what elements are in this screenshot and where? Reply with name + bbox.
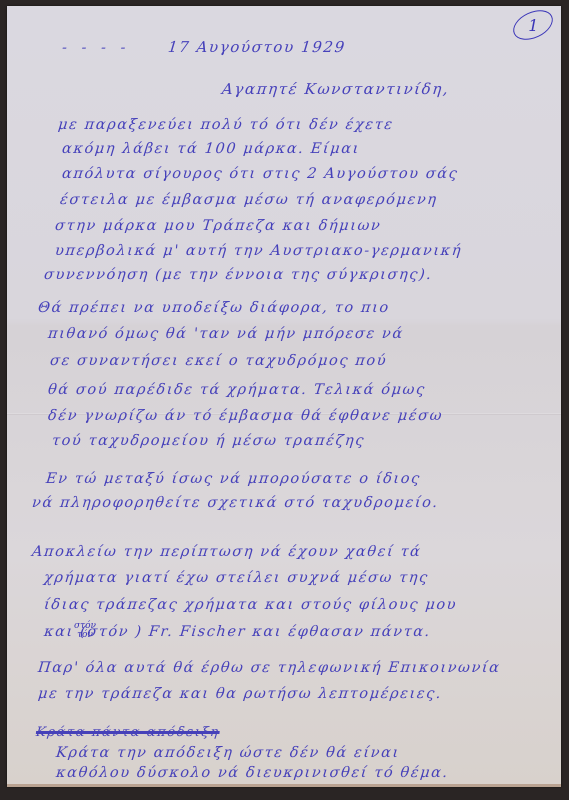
text-line: συνεννόηση (με την έννοια της σύγκρισης)… (43, 267, 433, 283)
text-line: απόλυτα σίγουρος ότι στις 2 Αυγούστου σά… (61, 166, 459, 182)
text-line: ακόμη λάβει τά 100 μάρκα. Είμαι (61, 141, 361, 157)
text-line: Αποκλείω την περίπτωση νά έχουν χαθεί τά (31, 544, 422, 560)
text-line: ίδιας τράπεζας χρήματα και στούς φίλους … (43, 597, 458, 613)
text-line: πιθανό όμως θά 'ταν νά μήν μπόρεσε νά (47, 326, 404, 342)
paper-edge (7, 784, 561, 787)
salutation: Αγαπητέ Κωνσταντινίδη, (221, 80, 450, 98)
text-line: Κράτα την απόδειξη ώστε δέν θά είναι (55, 745, 400, 761)
text-line: με παραξενεύει πολύ τό ότι δέν έχετε (57, 117, 394, 133)
text-line: στην μάρκα μου Τράπεζα και δήμιων (54, 218, 382, 234)
text-line: τού ταχυδρομείου ή μέσω τραπέζης (51, 433, 366, 449)
text-line: με την τράπεζα και θα ρωτήσω λεπτομέρειε… (37, 686, 443, 702)
crossed-out-text: Κράτα πάντα απόδειξη (35, 725, 220, 740)
header-dashes: - - - - (61, 40, 131, 56)
page-number: 1 (528, 16, 538, 35)
marginal-note-bottom: τόν (74, 631, 96, 640)
text-line: θά σού παρέδιδε τά χρήματα. Τελικά όμως (47, 382, 426, 398)
text-line: Εν τώ μεταξύ ίσως νά μπορούσατε ο ίδιος (45, 471, 421, 487)
text-line: υπερβολικά μ' αυτή την Αυστριακο-γερμανι… (54, 243, 463, 259)
text-line: νά πληροφορηθείτε σχετικά στό ταχυδρομεί… (31, 495, 439, 511)
text-line: χρήματα γιατί έχω στείλει συχνά μέσω της (43, 570, 430, 586)
text-line: έστειλα με έμβασμα μέσω τή αναφερόμενη (59, 192, 438, 208)
letter-date: 17 Αυγούστου 1929 (167, 38, 347, 56)
text-line: Θά πρέπει να υποδείξω διάφορα, το πιο (37, 300, 390, 316)
text-line: και (στόν ) Fr. Fischer και έφθασαν πάντ… (43, 624, 432, 640)
text-line: Παρ' όλα αυτά θά έρθω σε τηλεφωνική Επικ… (37, 660, 501, 676)
text-line: δέν γνωρίζω άν τό έμβασμα θά έφθανε μέσω (47, 408, 444, 424)
text-line: καθόλου δύσκολο νά διευκρινισθεί τό θέμα… (55, 765, 449, 781)
text-line: σε συναντήσει εκεί ο ταχυδρόμος πού (49, 353, 388, 369)
marginal-note: στόν τόν (74, 622, 96, 640)
